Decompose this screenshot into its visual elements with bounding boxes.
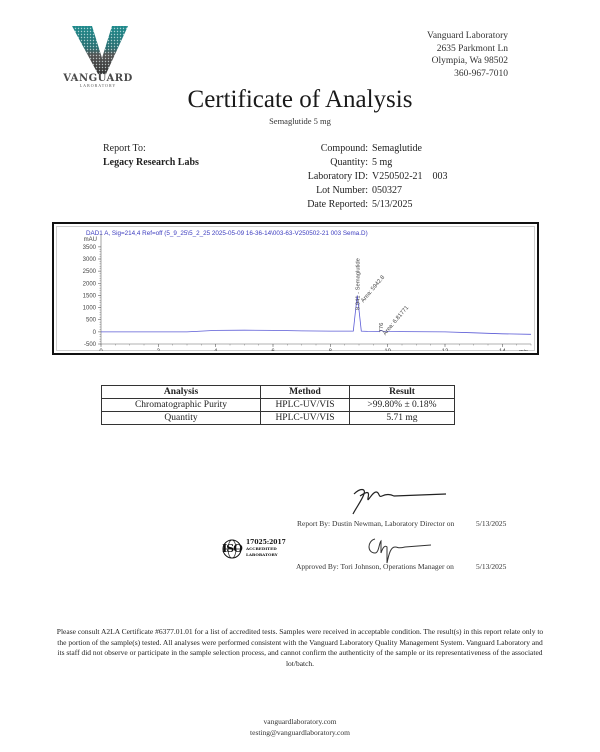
svg-text:4: 4 [214, 349, 218, 351]
info-value: 5/13/2025 [372, 198, 413, 212]
svg-text:0: 0 [93, 330, 97, 336]
info-label: Quantity: [260, 156, 372, 170]
info-label: Compound: [260, 142, 372, 156]
info-value: V250502-21 003 [372, 170, 448, 184]
approved-by: Approved By: Tori Johnson, Operations Ma… [296, 562, 454, 571]
sample-info-row: Quantity:5 mg [260, 156, 448, 170]
header-analysis: Analysis [102, 386, 261, 399]
sample-info-row: Laboratory ID:V250502-21 003 [260, 170, 448, 184]
svg-text:14: 14 [499, 349, 506, 351]
svg-text:1000: 1000 [83, 306, 97, 312]
report-by: Report By: Dustin Newman, Laboratory Dir… [297, 519, 454, 528]
footer-website-link[interactable]: vanguardlaboratory.com [0, 717, 600, 728]
svg-text:2000: 2000 [83, 281, 97, 287]
results-table: Analysis Method Result Chromatographic P… [101, 385, 455, 425]
cell-method: HPLC-UV/VIS [261, 399, 350, 412]
cell-analysis: Quantity [102, 412, 261, 425]
svg-text:1500: 1500 [83, 293, 97, 299]
manager-signature-icon [365, 535, 435, 565]
header-result: Result [350, 386, 455, 399]
cell-analysis: Chromatographic Purity [102, 399, 261, 412]
table-row: Chromatographic Purity HPLC-UV/VIS >99.8… [102, 399, 455, 412]
address-line: Vanguard Laboratory [427, 30, 508, 43]
svg-text:6: 6 [271, 349, 275, 351]
report-to-label: Report To: [103, 142, 199, 156]
sample-info-row: Date Reported:5/13/2025 [260, 198, 448, 212]
address-line: 360-967-7010 [427, 68, 508, 81]
iso-label: ISO [220, 542, 244, 555]
iso-globe-icon: ISO [220, 539, 244, 559]
info-value: 050327 [372, 184, 402, 198]
svg-text:12: 12 [442, 349, 449, 351]
y-axis-label: mAU [84, 237, 97, 243]
chromatogram-chart: DAD1 A, Sig=214,4 Ref=off (5_9_25\5_2_25… [56, 226, 535, 351]
info-label: Lot Number: [260, 184, 372, 198]
svg-text:8: 8 [329, 349, 333, 351]
info-value: Semaglutide [372, 142, 422, 156]
header-method: Method [261, 386, 350, 399]
sample-info-row: Compound:Semaglutide [260, 142, 448, 156]
svg-text:Area: 5942.8: Area: 5942.8 [360, 275, 386, 304]
svg-text:3000: 3000 [83, 257, 97, 263]
info-label: Date Reported: [260, 198, 372, 212]
sample-info: Compound:Semaglutide Quantity:5 mg Labor… [260, 142, 448, 212]
table-header-row: Analysis Method Result [102, 386, 455, 399]
report-date: 5/13/2025 [476, 519, 506, 528]
address-line: Olympia, Wa 98502 [427, 55, 508, 68]
sample-info-row: Lot Number:050327 [260, 184, 448, 198]
svg-text:10: 10 [384, 349, 391, 351]
table-row: Quantity HPLC-UV/VIS 5.71 mg [102, 412, 455, 425]
svg-text:500: 500 [86, 318, 97, 324]
svg-text:2: 2 [157, 349, 161, 351]
cell-result: >99.80% ± 0.18% [350, 399, 455, 412]
document-title: Certificate of Analysis [0, 86, 600, 114]
x-axis-label: min [519, 349, 528, 351]
cell-result: 5.71 mg [350, 412, 455, 425]
report-to: Report To: Legacy Research Labs [103, 142, 199, 170]
approved-date: 5/13/2025 [476, 562, 506, 571]
address-line: 2635 Parkmont Ln [427, 43, 508, 56]
svg-text:3500: 3500 [83, 245, 97, 251]
report-to-organization: Legacy Research Labs [103, 156, 199, 170]
lab-address: Vanguard Laboratory 2635 Parkmont Ln Oly… [427, 30, 508, 80]
disclaimer-text: Please consult A2LA Certificate #6377.01… [56, 627, 544, 669]
info-value: 5 mg [372, 156, 392, 170]
iso-accreditation-badge: ISO 17025:2017 ACCREDITED LABORATORY [220, 539, 286, 559]
footer: vanguardlaboratory.com testing@vanguardl… [0, 717, 600, 738]
chromatogram-trace [101, 295, 531, 334]
svg-text:8.941 - Semaglutide: 8.941 - Semaglutide [355, 258, 361, 310]
chart-title: DAD1 A, Sig=214,4 Ref=off (5_9_25\5_2_25… [86, 230, 368, 237]
svg-text:-500: -500 [84, 342, 97, 348]
footer-email-link[interactable]: testing@vanguardlaboratory.com [0, 728, 600, 739]
document-subtitle: Semaglutide 5 mg [0, 116, 600, 126]
cell-method: HPLC-UV/VIS [261, 412, 350, 425]
director-signature-icon [350, 482, 450, 518]
svg-text:0: 0 [99, 349, 103, 351]
iso-laboratory: LABORATORY [246, 552, 286, 558]
svg-text:2500: 2500 [83, 269, 97, 275]
info-label: Laboratory ID: [260, 170, 372, 184]
